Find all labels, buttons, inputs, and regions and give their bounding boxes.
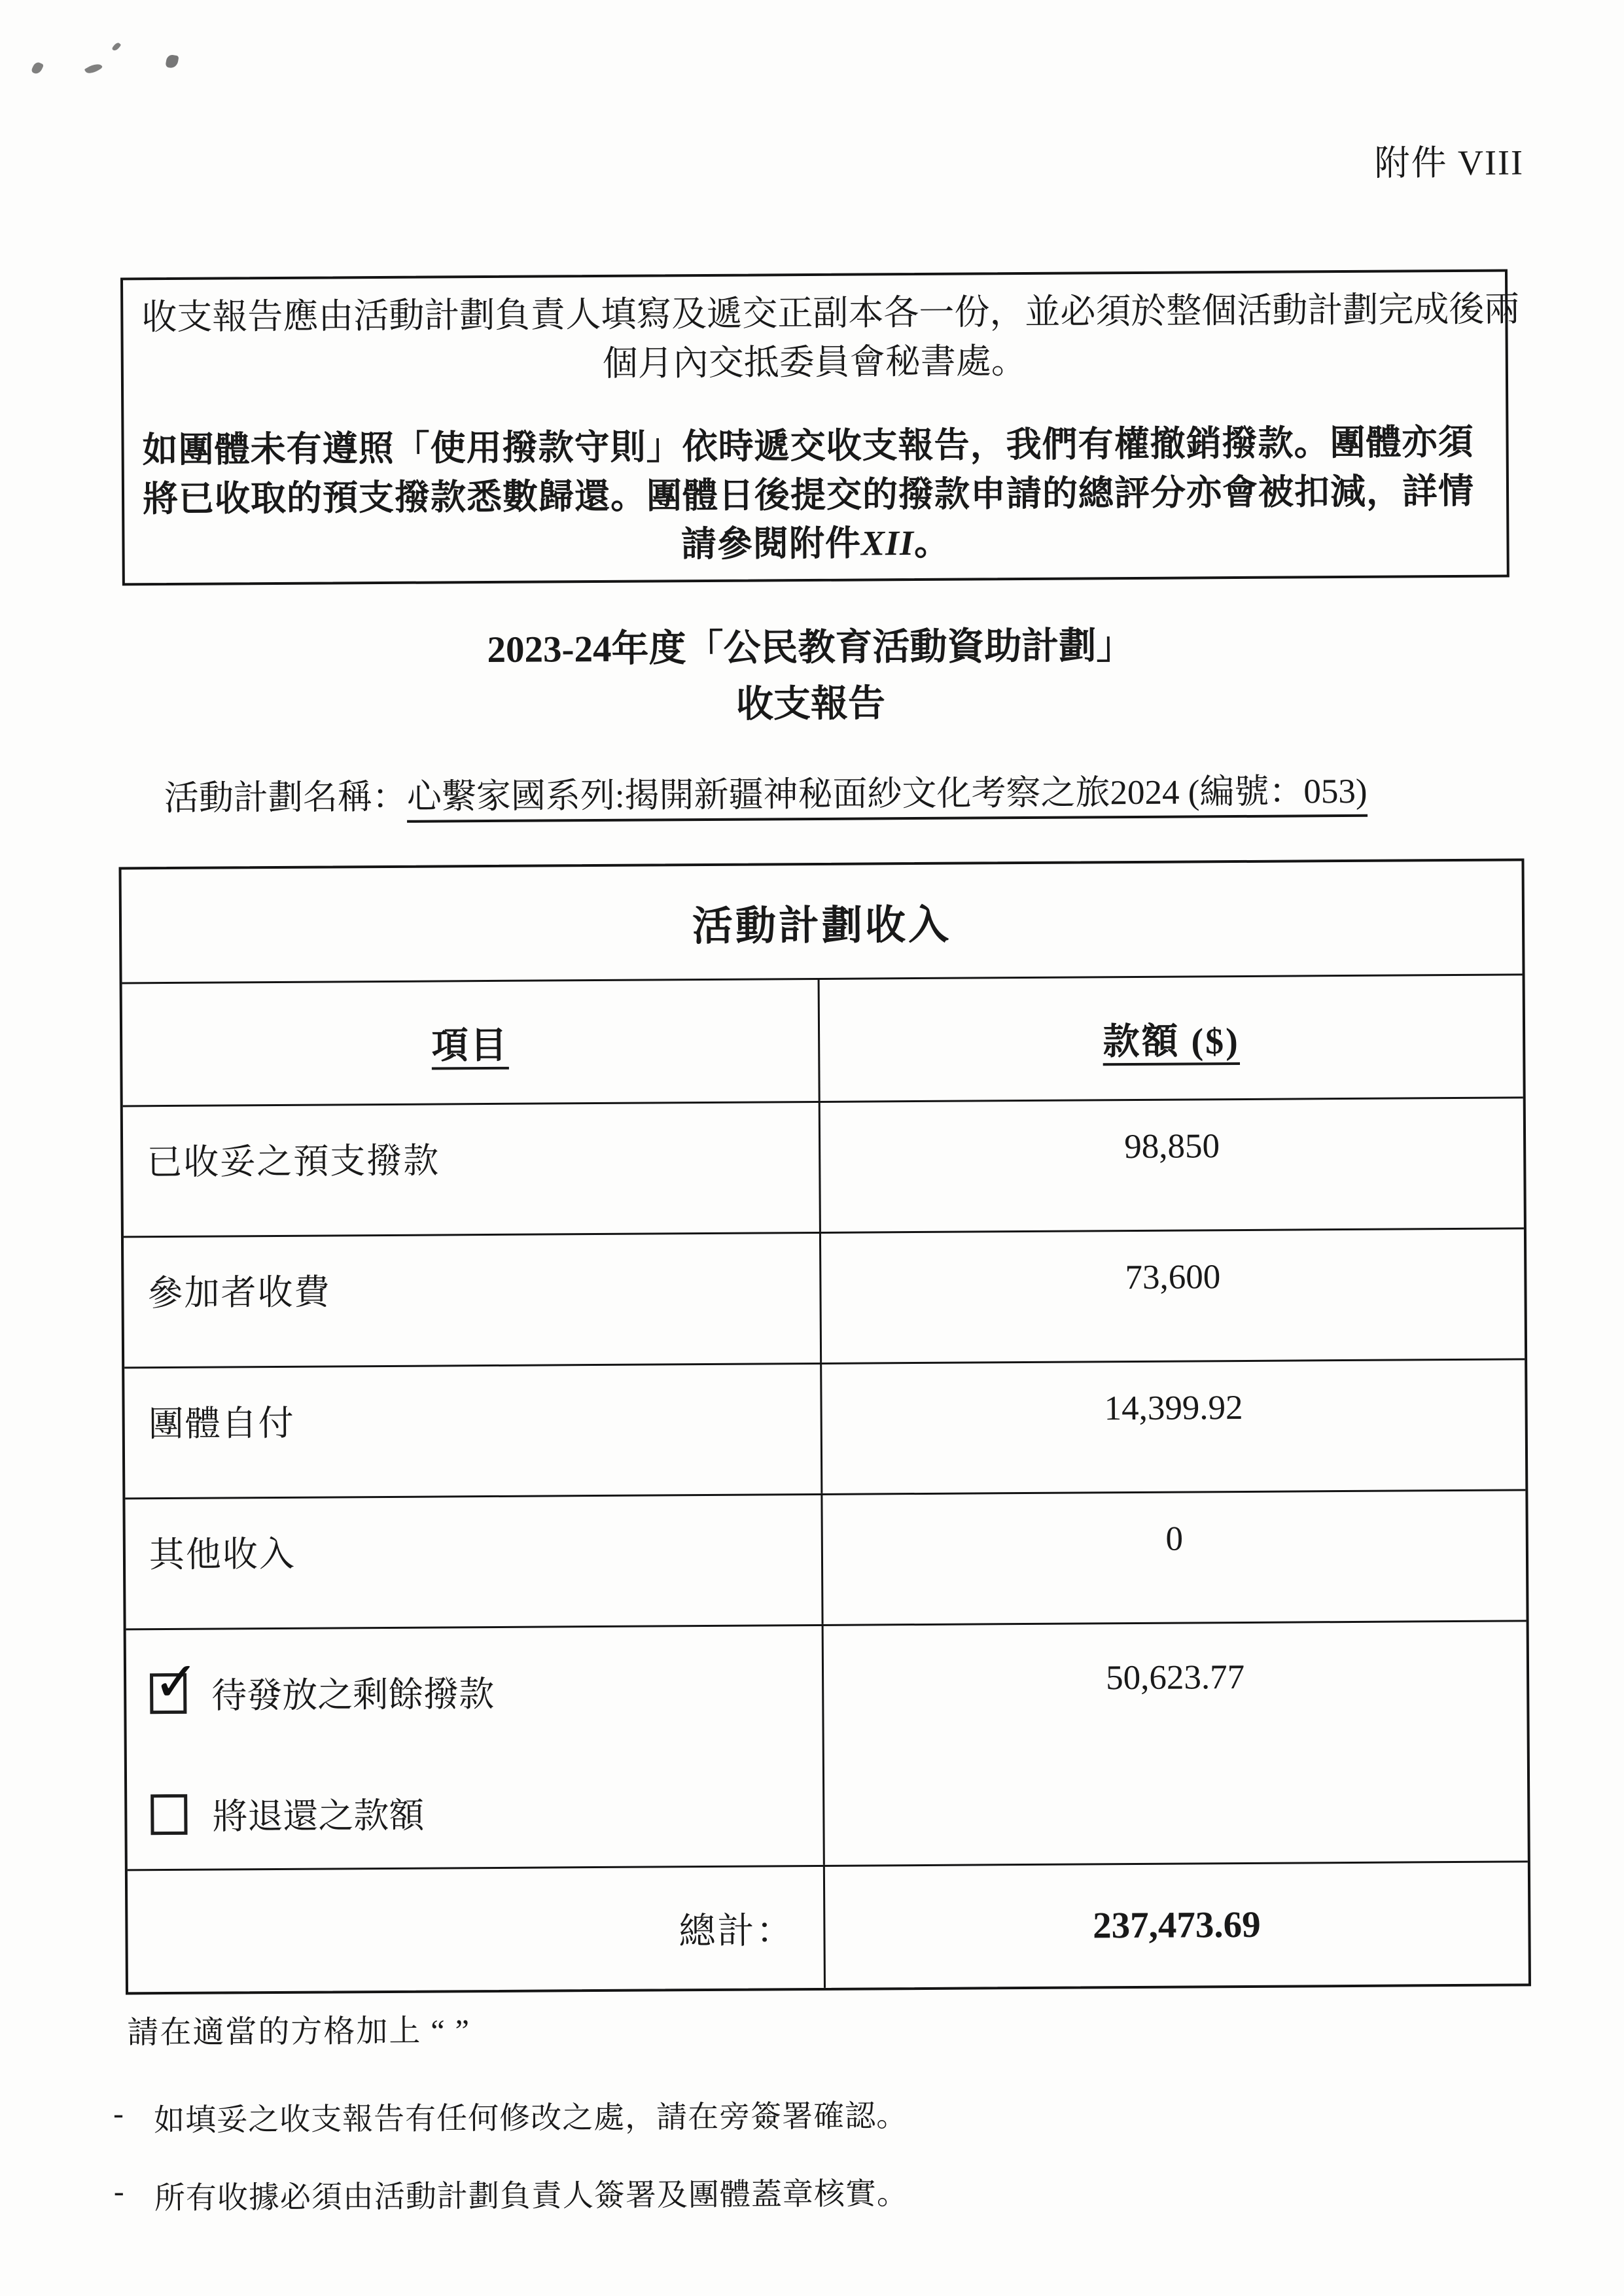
row-amount-value: 14,399.92 [820, 1360, 1525, 1493]
notice-paragraph2-line1: 如團體未有遵照「使用撥款守則」依時遞交收支報告，我們有權撤銷撥款。團體亦須 [142, 418, 1487, 475]
row-amount-value: 98,850 [819, 1098, 1524, 1232]
footnote-text: 所有收據必須由活動計劃負責人簽署及團體蓋章核實。 [154, 2169, 908, 2218]
income-table: 活動計劃收入 項目 款額 ($) 已收妥之預支撥款 98,850 參加者收費 7… [119, 858, 1531, 1994]
notice-paragraph2-line2: 將已收取的預支撥款悉數歸還。團體日後提交的撥款申請的總評分亦會被扣減，詳情 [143, 466, 1488, 523]
income-table-header-row: 項目 款額 ($) [122, 973, 1523, 1105]
notice-paragraph2-line3: 請參閱附件XII。 [143, 515, 1488, 572]
option-remaining-grant: ✓ 待發放之剩餘撥款 [150, 1664, 822, 1718]
notice-paragraph1-line2: 個月內交抵委員會秘書處。 [142, 334, 1487, 391]
footnote-bullet: - [113, 2096, 154, 2131]
table-row: 其他收入 0 [125, 1489, 1526, 1628]
scan-artifact [165, 54, 179, 69]
checkbox-remaining-grant-checked: ✓ [150, 1673, 186, 1713]
table-row-checkbox: ✓ 待發放之剩餘撥款 將退還之款額 50,623.77 [126, 1620, 1528, 1869]
table-row: 已收妥之預支撥款 98,850 [123, 1096, 1524, 1236]
notice-paragraph2: 如團體未有遵照「使用撥款守則」依時遞交收支報告，我們有權撤銷撥款。團體亦須 將已… [142, 418, 1488, 572]
column-header-amount: 款額 ($) [818, 975, 1523, 1101]
footnote-bullet: - [114, 2174, 154, 2209]
footnotes: - 如填妥之收支報告有任何修改之處，請在旁簽署確認。 - 所有收據必須由活動計劃… [113, 2091, 908, 2252]
footnote-text: 如填妥之收支報告有任何修改之處，請在旁簽署確認。 [154, 2091, 908, 2140]
option-remaining-grant-label: 待發放之剩餘撥款 [211, 1666, 494, 1718]
project-name-label: 活動計劃名稱： [164, 778, 407, 818]
row-item-label: 參加者收費 [124, 1234, 820, 1366]
row-item-label: 已收妥之預支撥款 [123, 1103, 819, 1236]
notice-box: 收支報告應由活動計劃負責人填寫及遞交正副本各一份，並必須於整個活動計劃完成後兩 … [120, 269, 1509, 585]
scan-artifact [31, 61, 44, 75]
title-line-scheme: 2023-24年度「公民教育活動資助計劃」 [0, 615, 1623, 681]
footnote-item: - 所有收據必須由活動計劃負責人簽署及團體蓋章核實。 [114, 2169, 908, 2218]
income-table-title-row: 活動計劃收入 [122, 861, 1523, 982]
appendix-roman-numeral: XII [861, 523, 914, 563]
total-amount-value: 237,473.69 [823, 1862, 1528, 1988]
option-refund-amount-label: 將退還之款額 [212, 1788, 424, 1839]
row-item-label: 其他收入 [125, 1495, 821, 1628]
notice-ref-suffix: 。 [914, 523, 950, 563]
document-title: 2023-24年度「公民教育活動資助計劃」 收支報告 [0, 615, 1623, 737]
row-amount-value: 73,600 [819, 1229, 1525, 1363]
income-table-title: 活動計劃收入 [692, 892, 952, 951]
total-label: 總計： [128, 1867, 824, 1992]
table-row-total: 總計： 237,473.69 [128, 1860, 1528, 1992]
scan-artifact [84, 61, 103, 76]
row-amount-value: 50,623.77 [822, 1622, 1528, 1865]
checkbox-options-cell: ✓ 待發放之剩餘撥款 將退還之款額 [126, 1626, 823, 1869]
notice-paragraph1-line1: 收支報告應由活動計劃負責人填寫及遞交正副本各一份，並必須於整個活動計劃完成後兩 [141, 285, 1487, 342]
table-row: 參加者收費 73,600 [124, 1227, 1525, 1366]
table-row: 團體自付 14,399.92 [124, 1358, 1525, 1497]
scanned-page: 附件 VIII 收支報告應由活動計劃負責人填寫及遞交正副本各一份，並必須於整個活… [0, 0, 1624, 2296]
tick-instruction-note: 請在適當的方格加上 “ ” [127, 2005, 470, 2052]
title-line-report: 收支報告 [0, 671, 1623, 737]
footnote-item: - 如填妥之收支報告有任何修改之處，請在旁簽署確認。 [113, 2091, 908, 2140]
option-refund-amount: 將退還之款額 [150, 1785, 822, 1839]
scan-artifact [111, 42, 121, 52]
project-name-line: 活動計劃名稱：心繫家國系列:揭開新疆神秘面紗文化考察之旅2024 (編號：053… [164, 763, 1368, 820]
column-header-item: 項目 [122, 980, 819, 1105]
notice-ref-prefix: 請參閱附件 [681, 524, 861, 565]
checkbox-refund-amount-unchecked [150, 1794, 187, 1834]
attachment-label: 附件 VIII [1374, 134, 1524, 185]
row-item-label: 團體自付 [124, 1365, 821, 1497]
project-name-value: 心繫家國系列:揭開新疆神秘面紗文化考察之旅2024 (編號：053) [407, 773, 1368, 823]
row-amount-value: 0 [821, 1491, 1526, 1624]
check-mark-icon: ✓ [153, 1654, 200, 1709]
